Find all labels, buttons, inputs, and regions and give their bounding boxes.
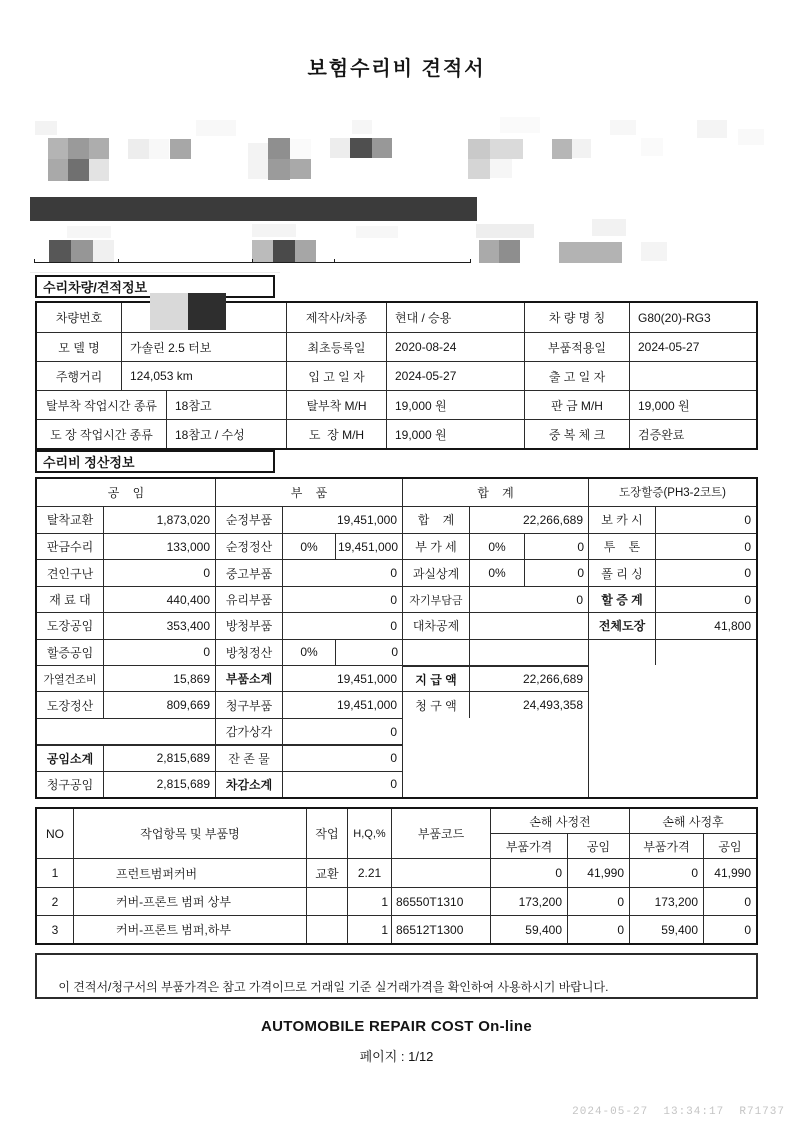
cell-label: 보 카 시: [589, 507, 656, 533]
cell-work: [307, 916, 348, 943]
redacted-plate-block: [150, 293, 188, 330]
cell-empty: [656, 640, 756, 665]
item-row: 3 커버-프론트 범퍼,하부 1 86512T1300 59,400 0 59,…: [37, 915, 756, 943]
header-after-assessment: 손해 사정후: [630, 809, 756, 834]
cell-label: 청구부품: [216, 692, 283, 717]
cell-value: 0: [283, 560, 402, 585]
header-work: 작업: [307, 809, 348, 858]
cell-before-labor: 0: [568, 916, 630, 943]
cell-label: 자기부담금: [403, 587, 470, 612]
table-row: 주행거리 124,053 km 입 고 일 자 2024-05-27 출 고 일…: [37, 361, 756, 390]
header-after-group: 손해 사정후 부품가격 공임: [630, 809, 756, 858]
cell-label: 순정부품: [216, 507, 283, 533]
section-title: 수리비 정산정보: [43, 452, 135, 471]
vehicle-table: 차량번호 제작사/차종 현대 / 승용 차 량 명 칭 G80(20)-RG3 …: [35, 301, 758, 450]
cell-value: 124,053 km: [122, 362, 287, 390]
table-row: 도 장 작업시간 종류 18참고 / 수성 도 장 M/H 19,000 원 중…: [37, 419, 756, 448]
redacted-block: [356, 226, 398, 238]
redacted-block: [476, 224, 534, 238]
cell-no: 2: [37, 888, 74, 915]
redacted-block: [89, 138, 109, 159]
cell-no: 1: [37, 859, 74, 887]
cell-after-price: 0: [630, 859, 704, 887]
cell-value: 2,815,689: [104, 746, 215, 770]
redacted-block: [641, 242, 667, 261]
redacted-block: [738, 129, 764, 145]
cell-value: 2024-05-27: [630, 333, 756, 361]
cell-value: 0: [283, 719, 402, 744]
footer-brand: AUTOMOBILE REPAIR COST On-line: [0, 1018, 793, 1035]
cell-label: 제작사/차종: [287, 303, 387, 332]
cell-label: 차량번호: [37, 303, 122, 332]
redacted-block: [67, 226, 111, 238]
cell-percent: 0%: [470, 560, 525, 585]
redacted-block: [479, 240, 499, 263]
signature-line-tick: [470, 259, 471, 263]
cell-value: 현대 / 승용: [387, 303, 525, 332]
parts-column: 순정부품19,451,000 순정정산0%19,451,000 중고부품0 유리…: [216, 507, 403, 797]
settlement-section-title-box: 수리비 정산정보: [35, 450, 275, 473]
cell-value: 0: [656, 560, 756, 585]
redacted-block: [273, 240, 295, 263]
cell-label: 과실상계: [403, 560, 470, 585]
redacted-block: [68, 138, 89, 159]
cell-label: 잔 존 물: [216, 746, 283, 770]
cell-label: 지 급 액: [403, 667, 470, 691]
cell-label: 모 델 명: [37, 333, 122, 361]
cell-label: 중 복 체 크: [525, 420, 630, 448]
cell-label: 순정정산: [216, 534, 283, 559]
redacted-block: [196, 120, 236, 136]
cell-value: G80(20)-RG3: [630, 303, 756, 332]
cell-value: 19,451,000: [283, 692, 402, 717]
cell-value: 가솔린 2.5 터보: [122, 333, 287, 361]
signature-line-tick: [252, 259, 253, 263]
cell-label: 청구공임: [37, 772, 104, 797]
redacted-block: [48, 159, 68, 181]
redacted-block: [641, 138, 663, 156]
redacted-block: [71, 240, 93, 263]
cell-value: 440,400: [104, 587, 215, 612]
cell-label: 최초등록일: [287, 333, 387, 361]
cell-value: 0: [283, 746, 402, 770]
redacted-block: [610, 120, 636, 135]
cell-value: 검증완료: [630, 420, 756, 448]
cell-label: 도 장 M/H: [287, 420, 387, 448]
settlement-table: 공 임 부 품 합 계 도장할증(PH3-2코트) 탈착교환1,873,020 …: [35, 477, 758, 799]
cell-label: 합 계: [403, 507, 470, 533]
cell-no: 3: [37, 916, 74, 943]
cell-label: 출 고 일 자: [525, 362, 630, 390]
redacted-block: [490, 139, 523, 159]
cell-value: 22,266,689: [470, 507, 588, 533]
cell-value: 19,451,000: [336, 540, 402, 554]
cell-hq: 1: [348, 916, 392, 943]
cell-before-price: 59,400: [491, 916, 568, 943]
redacted-block: [252, 224, 296, 237]
cell-label: 견인구난: [37, 560, 104, 585]
cell-value: 0: [470, 587, 588, 612]
cell-label: 판 금 M/H: [525, 391, 630, 419]
total-column: 합 계22,266,689 부 가 세0%0 과실상계0%0 자기부담금0 대차…: [403, 507, 589, 797]
cell-empty: [37, 719, 215, 744]
cell-label: 재 료 대: [37, 587, 104, 612]
cell-item-name: 커버-프론트 범퍼 상부: [74, 888, 307, 915]
cell-value: 0: [104, 640, 215, 665]
cell-label: 청 구 액: [403, 692, 470, 717]
redacted-block: [290, 139, 311, 159]
cell-hq: 2.21: [348, 859, 392, 887]
cell-value: 0: [525, 566, 588, 580]
item-row: 2 커버-프론트 범퍼 상부 1 86550T1310 173,200 0 17…: [37, 887, 756, 915]
table-row: 탈부착 작업시간 종류 18참고 탈부착 M/H 19,000 원 판 금 M/…: [37, 390, 756, 419]
cell-value: 0: [336, 645, 402, 659]
cell-percent: 0%: [283, 640, 336, 665]
redacted-block: [248, 143, 268, 179]
paint-surcharge-column: 보 카 시0 투 톤0 폴 리 싱0 할 증 계0 전체도장41,800: [589, 507, 756, 797]
cell-label: 대차공제: [403, 613, 470, 638]
redaction-bar: [30, 197, 477, 221]
cell-label: 판금수리: [37, 534, 104, 559]
cell-before-labor: 0: [568, 888, 630, 915]
print-timestamp: 2024-05-27 13:34:17 R71737: [520, 1106, 785, 1118]
cell-label: 부품소계: [216, 666, 283, 691]
redacted-block: [490, 159, 512, 178]
header-labor: 공임: [704, 834, 756, 858]
cell-value: 0: [656, 534, 756, 559]
section-title: 수리차량/견적정보: [43, 277, 147, 296]
cell-after-price: 59,400: [630, 916, 704, 943]
cell-value: 0: [283, 772, 402, 797]
cell-value: 19,000 원: [387, 420, 525, 448]
cell-value: 0: [525, 540, 588, 554]
cell-label: 중고부품: [216, 560, 283, 585]
cell-before-price: 0: [491, 859, 568, 887]
header-total: 합 계: [403, 479, 589, 506]
cell-value: 353,400: [104, 613, 215, 638]
redacted-block: [468, 139, 490, 159]
cell-label: 차감소계: [216, 772, 283, 797]
cell-label: 유리부품: [216, 587, 283, 612]
redacted-block: [268, 138, 290, 159]
redacted-block: [697, 120, 727, 138]
header-before-group: 손해 사정전 부품가격 공임: [491, 809, 630, 858]
redacted-block: [552, 139, 572, 159]
cell-label: 방청부품: [216, 613, 283, 638]
redacted-block: [572, 139, 591, 158]
cell-after-labor: 41,990: [704, 859, 756, 887]
cell-label: 부 가 세: [403, 534, 470, 559]
cell-label: 탈착교환: [37, 507, 104, 533]
cell-label: 감가상각: [216, 719, 283, 744]
cell-value: 19,451,000: [283, 666, 402, 691]
header-parts: 부 품: [216, 479, 403, 506]
settlement-header-row: 공 임 부 품 합 계 도장할증(PH3-2코트): [37, 479, 756, 507]
cell-value: 2020-08-24: [387, 333, 525, 361]
cell-label: 차 량 명 칭: [525, 303, 630, 332]
cell-value: 0: [656, 507, 756, 533]
notice-text: 이 견적서/청구서의 부품가격은 참고 가격이므로 거래일 기준 실거래가격을 …: [58, 980, 608, 994]
cell-work: 교환: [307, 859, 348, 887]
cell-value: 18참고 / 수성: [167, 420, 287, 448]
cell-label: 탈부착 M/H: [287, 391, 387, 419]
cell-after-labor: 0: [704, 916, 756, 943]
cell-value: 133,000: [104, 534, 215, 559]
cell-value: 0: [104, 560, 215, 585]
redacted-block: [499, 240, 520, 263]
cell-value: 41,800: [656, 613, 756, 638]
redacted-block: [592, 219, 626, 236]
page-number: 페이지 : 1/12: [0, 1046, 793, 1065]
cell-value: 0: [283, 587, 402, 612]
notice-box: 이 견적서/청구서의 부품가격은 참고 가격이므로 거래일 기준 실거래가격을 …: [35, 953, 758, 999]
table-row: 차량번호 제작사/차종 현대 / 승용 차 량 명 칭 G80(20)-RG3: [37, 303, 756, 332]
cell-percent: 0%: [283, 534, 336, 559]
cell-label: 입 고 일 자: [287, 362, 387, 390]
redacted-block: [93, 240, 114, 263]
cell-label: 도장공임: [37, 613, 104, 638]
document-page: 보험수리비 견적서: [0, 0, 793, 1123]
header-labor: 공임: [568, 834, 630, 858]
signature-line-tick: [34, 259, 35, 263]
cell-value: 2024-05-27: [387, 362, 525, 390]
cell-part-code: 86550T1310: [392, 888, 491, 915]
cell-value: 22,266,689: [470, 667, 588, 691]
cell-hq: 1: [348, 888, 392, 915]
cell-value: 18참고: [167, 391, 287, 419]
cell-after-labor: 0: [704, 888, 756, 915]
items-header-row: NO 작업항목 및 부품명 작업 H,Q,% 부품코드 손해 사정전 부품가격 …: [37, 809, 756, 859]
cell-value: 19,000 원: [630, 391, 756, 419]
cell-part-code: 86512T1300: [392, 916, 491, 943]
redacted-block: [468, 159, 490, 179]
header-paint-surcharge: 도장할증(PH3-2코트): [589, 479, 756, 506]
redacted-block: [128, 139, 149, 159]
redacted-plate-block: [188, 293, 226, 330]
cell-label: 주행거리: [37, 362, 122, 390]
cell-label: 가열건조비: [37, 666, 104, 691]
cell-value: 19,451,000: [283, 507, 402, 533]
redacted-block: [290, 159, 311, 179]
redacted-block: [350, 138, 372, 158]
item-row: 1 프런트범퍼커버 교환 2.21 0 41,990 0 41,990: [37, 859, 756, 887]
cell-part-code: [392, 859, 491, 887]
header-part-code: 부품코드: [392, 809, 491, 858]
redacted-block: [372, 138, 392, 158]
cell-value: 0: [283, 613, 402, 638]
redacted-block: [89, 159, 109, 181]
cell-empty: [403, 640, 470, 665]
cell-value: 809,669: [104, 692, 215, 717]
header-before-assessment: 손해 사정전: [491, 809, 630, 834]
cell-label: 폴 리 싱: [589, 560, 656, 585]
redacted-block: [48, 138, 68, 159]
cell-label: 방청정산: [216, 640, 283, 665]
cell-value: 24,493,358: [470, 692, 588, 717]
header-labor: 공 임: [37, 479, 216, 506]
cell-empty: [589, 640, 656, 665]
redacted-block: [170, 139, 191, 159]
cell-work: [307, 888, 348, 915]
cell-value: 1,873,020: [104, 507, 215, 533]
cell-label: 탈부착 작업시간 종류: [37, 391, 167, 419]
cell-value: 0: [656, 587, 756, 612]
cell-label: 도 장 작업시간 종류: [37, 420, 167, 448]
redacted-block: [500, 117, 540, 133]
redacted-block: [35, 121, 57, 135]
redacted-block: [30, 272, 280, 273]
cell-percent: 0%: [470, 534, 525, 559]
redacted-block: [149, 139, 169, 159]
redacted-block: [268, 159, 290, 180]
cell-label: 할 증 계: [589, 587, 656, 612]
header-hq: H,Q,%: [348, 809, 392, 858]
header-part-price: 부품가격: [491, 834, 568, 858]
redacted-block: [352, 120, 372, 134]
cell-item-name: 커버-프론트 범퍼,하부: [74, 916, 307, 943]
labor-column: 탈착교환1,873,020 판금수리133,000 견인구난0 재 료 대440…: [37, 507, 216, 797]
signature-line-tick: [334, 259, 335, 263]
cell-value: [470, 613, 588, 638]
cell-value: [630, 362, 756, 390]
cell-before-price: 173,200: [491, 888, 568, 915]
header-no: NO: [37, 809, 74, 858]
redacted-block: [330, 138, 350, 158]
cell-label: 할증공임: [37, 640, 104, 665]
cell-label: 부품적용일: [525, 333, 630, 361]
cell-label: 전체도장: [589, 613, 656, 638]
items-table: NO 작업항목 및 부품명 작업 H,Q,% 부품코드 손해 사정전 부품가격 …: [35, 807, 758, 945]
redacted-block: [252, 240, 273, 263]
cell-after-price: 173,200: [630, 888, 704, 915]
cell-value: 19,000 원: [387, 391, 525, 419]
header-part-price: 부품가격: [630, 834, 704, 858]
cell-item-name: 프런트범퍼커버: [74, 859, 307, 887]
cell-empty: [470, 640, 588, 665]
table-row: 모 델 명 가솔린 2.5 터보 최초등록일 2020-08-24 부품적용일 …: [37, 332, 756, 361]
redacted-block: [49, 240, 71, 263]
cell-value: 2,815,689: [104, 772, 215, 797]
signature-line-tick: [118, 259, 119, 263]
cell-label: 공임소계: [37, 746, 104, 770]
redacted-block: [68, 159, 89, 181]
document-title: 보험수리비 견적서: [0, 52, 793, 81]
header-item-name: 작업항목 및 부품명: [74, 809, 307, 858]
cell-before-labor: 41,990: [568, 859, 630, 887]
cell-label: 투 톤: [589, 534, 656, 559]
cell-label: 도장정산: [37, 692, 104, 717]
redacted-block: [295, 240, 316, 263]
redacted-block: [559, 242, 622, 263]
cell-value: 15,869: [104, 666, 215, 691]
